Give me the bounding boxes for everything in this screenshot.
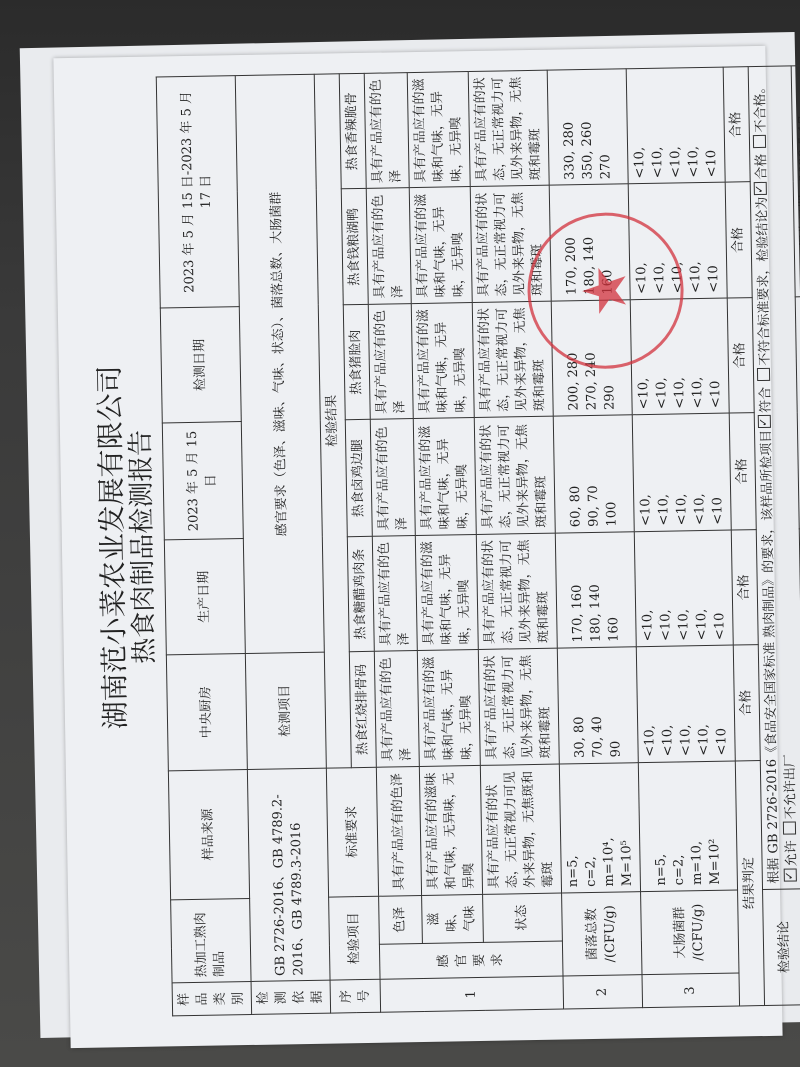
fail-checkbox[interactable] <box>753 134 766 147</box>
result-cell: 60, 8090, 70100 <box>553 415 634 533</box>
item-cell: 色泽 <box>379 895 423 944</box>
conclusion-fragment: 合格 <box>754 149 770 179</box>
table-row: 3大肠菌群 /(CFU/g)n=5,c=2,m=10,M=10²<10,<10,… <box>626 67 739 1008</box>
conclusion-fragment: 根据 GB 2726-2016《食品安全国家标准 熟肉制品》的要求，该样品所检项… <box>759 430 782 884</box>
nonconform-checkbox[interactable] <box>757 368 770 381</box>
header-sample: 热食钱粮湖鸭 <box>341 189 368 305</box>
label-production-date: 生产日期 <box>164 538 245 655</box>
label-test-items: 检测项目 <box>245 652 326 769</box>
item-cell: 状态 <box>483 893 563 943</box>
result-cell: 具有产品应有的滋味和气味，无异味，无异嗅 <box>407 72 470 189</box>
judgement-cell: 合格 <box>725 182 752 298</box>
header-sample: 热食红烧排骨码 <box>349 652 376 768</box>
result-cell: <10,<10,<10,<10,<10 <box>626 67 725 184</box>
result-cell: 330, 280350, 260270 <box>547 69 628 186</box>
value-sample-source: 中央厨房 <box>166 654 247 771</box>
report-page: 湖南范小菜农业发展有限公司 热食肉制品检测报告 样品类别热加工熟肉制品样品来源中… <box>53 46 782 1048</box>
result-cell: 具有产品应有的状态，无正常视力可见外来异物，无焦斑和霉斑 <box>476 533 557 650</box>
standard-cell: n=5,c=2,m=10⁴,M=10⁵ <box>559 762 640 892</box>
judgement-cell: 合格 <box>727 298 754 414</box>
judgement-cell: 合格 <box>731 529 758 645</box>
conclusion-fragment: 符合 <box>758 383 774 413</box>
result-cell: 30, 8070, 4090 <box>557 647 638 764</box>
seq-cell: 1 <box>380 976 564 1012</box>
item-cell: 大肠菌群 /(CFU/g) <box>641 890 739 975</box>
header-sample: 热食卤鸡边腿 <box>345 420 372 537</box>
header-sample: 热食猪脸肉 <box>343 304 370 420</box>
report-sheet: 湖南范小菜农业发展有限公司 热食肉制品检测报告 样品类别热加工熟肉制品样品来源中… <box>84 66 750 1017</box>
report-title: 湖南范小菜农业发展有限公司 热食肉制品检测报告 <box>90 77 166 1018</box>
value-production-date: 2023 年 5 月 15 日 <box>162 422 243 540</box>
result-cell: <10,<10,<10,<10,<10 <box>632 413 731 531</box>
pass-checkbox[interactable] <box>754 182 767 195</box>
conclusion-fragment: 不允许出厂 <box>783 754 799 819</box>
header-standard: 标准要求 <box>326 767 378 897</box>
result-cell: 具有产品应有的滋味和气味，无异味，无异嗅 <box>415 534 478 650</box>
disallow-checkbox[interactable] <box>783 821 796 834</box>
result-cell: 170, 160180, 140160 <box>555 532 636 649</box>
seq-cell: 3 <box>642 973 740 1007</box>
result-cell: 具有产品应有的状态，无正常视力可见外来异物，无焦斑和霉斑 <box>468 70 549 187</box>
label-test-date: 检测日期 <box>160 306 241 423</box>
value-test-basis: GB 2726-2016、GB 4789.2-2016、GB 4789.3-20… <box>247 768 330 982</box>
result-cell: 具有产品应有的状态，无正常视力可见外来异物，无焦斑和霉斑 <box>474 416 555 534</box>
result-cell: 具有产品应有的状态，无正常视力可见外来异物，无焦斑和霉斑 <box>478 648 559 765</box>
conform-checkbox[interactable] <box>758 415 771 428</box>
group-cell: 感官要求 <box>379 941 563 980</box>
result-cell: 具有产品应有的滋味和气味，无异味，无异嗅 <box>417 650 480 766</box>
result-cell: 具有产品应有的色泽 <box>368 303 413 419</box>
item-cell: 滋味、气味 <box>422 894 484 943</box>
seq-cell: 2 <box>563 975 643 1009</box>
report-table: 样品类别热加工熟肉制品样品来源中央厨房生产日期2023 年 5 月 15 日检测… <box>156 65 800 1016</box>
label-sample-category: 样品类别 <box>172 982 252 1016</box>
result-cell: 具有产品应有的滋味和气味，无异味，无异嗅 <box>411 302 474 418</box>
conclusion-fragment: 不合格。 <box>753 80 769 132</box>
result-cell: <10,<10,<10,<10,<10 <box>634 530 733 647</box>
conclusion-fragment: 不符合标准要求，检验结论为 <box>755 197 773 366</box>
value-sample-category: 热加工熟肉制品 <box>171 898 251 983</box>
header-sample: 热食香辣脆骨 <box>339 73 366 189</box>
header-sample: 热食糖醋鸡肉条 <box>347 536 374 652</box>
item-cell: 菌落总数 /(CFU/g) <box>562 891 642 976</box>
judgement-cell: 合格 <box>729 413 756 530</box>
result-cell: 具有产品应有的色泽 <box>372 535 417 651</box>
judgement-cell: 合格 <box>733 645 760 761</box>
result-cell: 具有产品应有的滋味和气味，无异味，无异嗅 <box>409 187 472 303</box>
judgement-cell: 合格 <box>723 67 750 183</box>
standard-cell: n=5,c=2,m=10,M=10² <box>638 761 737 892</box>
allow-checkbox[interactable] <box>784 868 797 881</box>
result-cell: 具有产品应有的色泽 <box>366 188 411 304</box>
conclusion-fragment: 允许 <box>784 836 800 866</box>
result-cell: 具有产品应有的滋味和气味，无异味，无异嗅 <box>413 418 476 536</box>
conclusion-label: 检验结论 <box>763 889 800 1006</box>
value-test-items: 感官要求（色泽、滋味、气味、状态）、菌落总数、大肠菌群 <box>235 74 324 654</box>
result-cell: 具有产品应有的色泽 <box>374 651 419 767</box>
result-cell: <10,<10,<10,<10,<10 <box>636 645 735 762</box>
value-test-date: 2023 年 5 月 15 日-2023 年 5 月 17 日 <box>156 76 239 308</box>
result-cell: 具有产品应有的色泽 <box>364 73 409 189</box>
result-cell: 具有产品应有的色泽 <box>370 419 415 536</box>
standard-cell: 具有产品应有的状态，无正常视力可见外来异物，无焦斑和霉斑 <box>480 764 561 894</box>
standard-cell: 具有产品应有的滋味和气味，无异味，无异嗅 <box>419 765 482 895</box>
header-item: 检验项目 <box>329 896 380 981</box>
label-sample-source: 样品来源 <box>168 769 249 899</box>
standard-cell: 具有产品应有的色泽 <box>376 766 421 896</box>
header-seq: 序号 <box>330 980 381 1013</box>
label-test-basis: 检测依据 <box>251 981 331 1015</box>
